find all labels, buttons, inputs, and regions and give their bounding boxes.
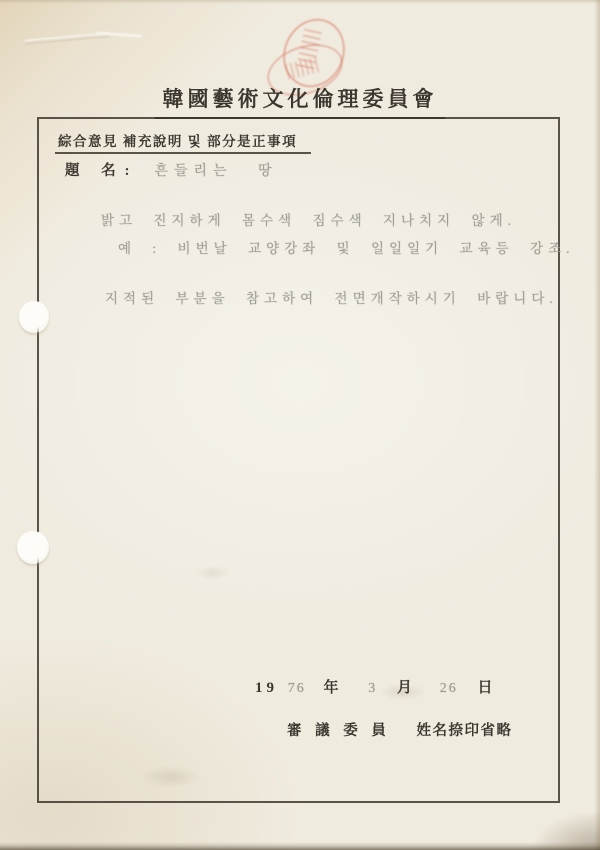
section-header: 綜合意見 補充說明 및 部分是正事項: [55, 130, 311, 154]
title-row: 題 名: 흔들리는 땅: [65, 159, 278, 180]
form-box: 綜合意見 補充說明 및 部分是正事項 題 名: 흔들리는 땅 밝고 진지하게 몸…: [37, 117, 560, 803]
committee-label: 審 議 委 員: [287, 723, 391, 739]
date-month-label: 月: [397, 680, 416, 696]
title-value: 흔들리는 땅: [154, 164, 277, 179]
paper-hole: [17, 531, 49, 564]
date-day-label: 日: [478, 680, 497, 696]
body-line: 지적된 부분을 참고하여 전면개작하시기 바랍니다.: [105, 287, 558, 307]
document-title: 韓國藝術文化倫理委員會: [155, 83, 446, 119]
scan-edge: [0, 842, 600, 850]
scan-edge: [594, 0, 600, 850]
title-label: 題 名:: [65, 163, 138, 179]
committee-row: 審 議 委 員 姓名捺印省略: [287, 719, 513, 740]
body-line: 예 : 비번날 교양강좌 및 일일일기 교육등 강조.: [118, 237, 575, 257]
date-month-typed: 3: [368, 681, 377, 696]
paper-hole: [19, 301, 49, 333]
date-year-label: 年: [324, 680, 343, 696]
date-day-typed: 26: [440, 681, 458, 696]
body-line: 밝고 진지하게 몸수색 짐수색 지나치지 않게.: [101, 209, 516, 229]
date-year-typed: 76: [288, 681, 306, 696]
scanned-document-page: 韓國藝術文化倫理委員會 綜合意見 補充說明 및 部分是正事項 題 名: 흔들리는…: [0, 0, 600, 850]
date-century: 19: [255, 680, 278, 696]
date-row: 19 76 年 3 月 26 日: [255, 676, 497, 697]
committee-note: 姓名捺印省略: [417, 723, 513, 739]
scan-edge-corner: [530, 810, 600, 850]
scan-edge: [0, 0, 600, 4]
